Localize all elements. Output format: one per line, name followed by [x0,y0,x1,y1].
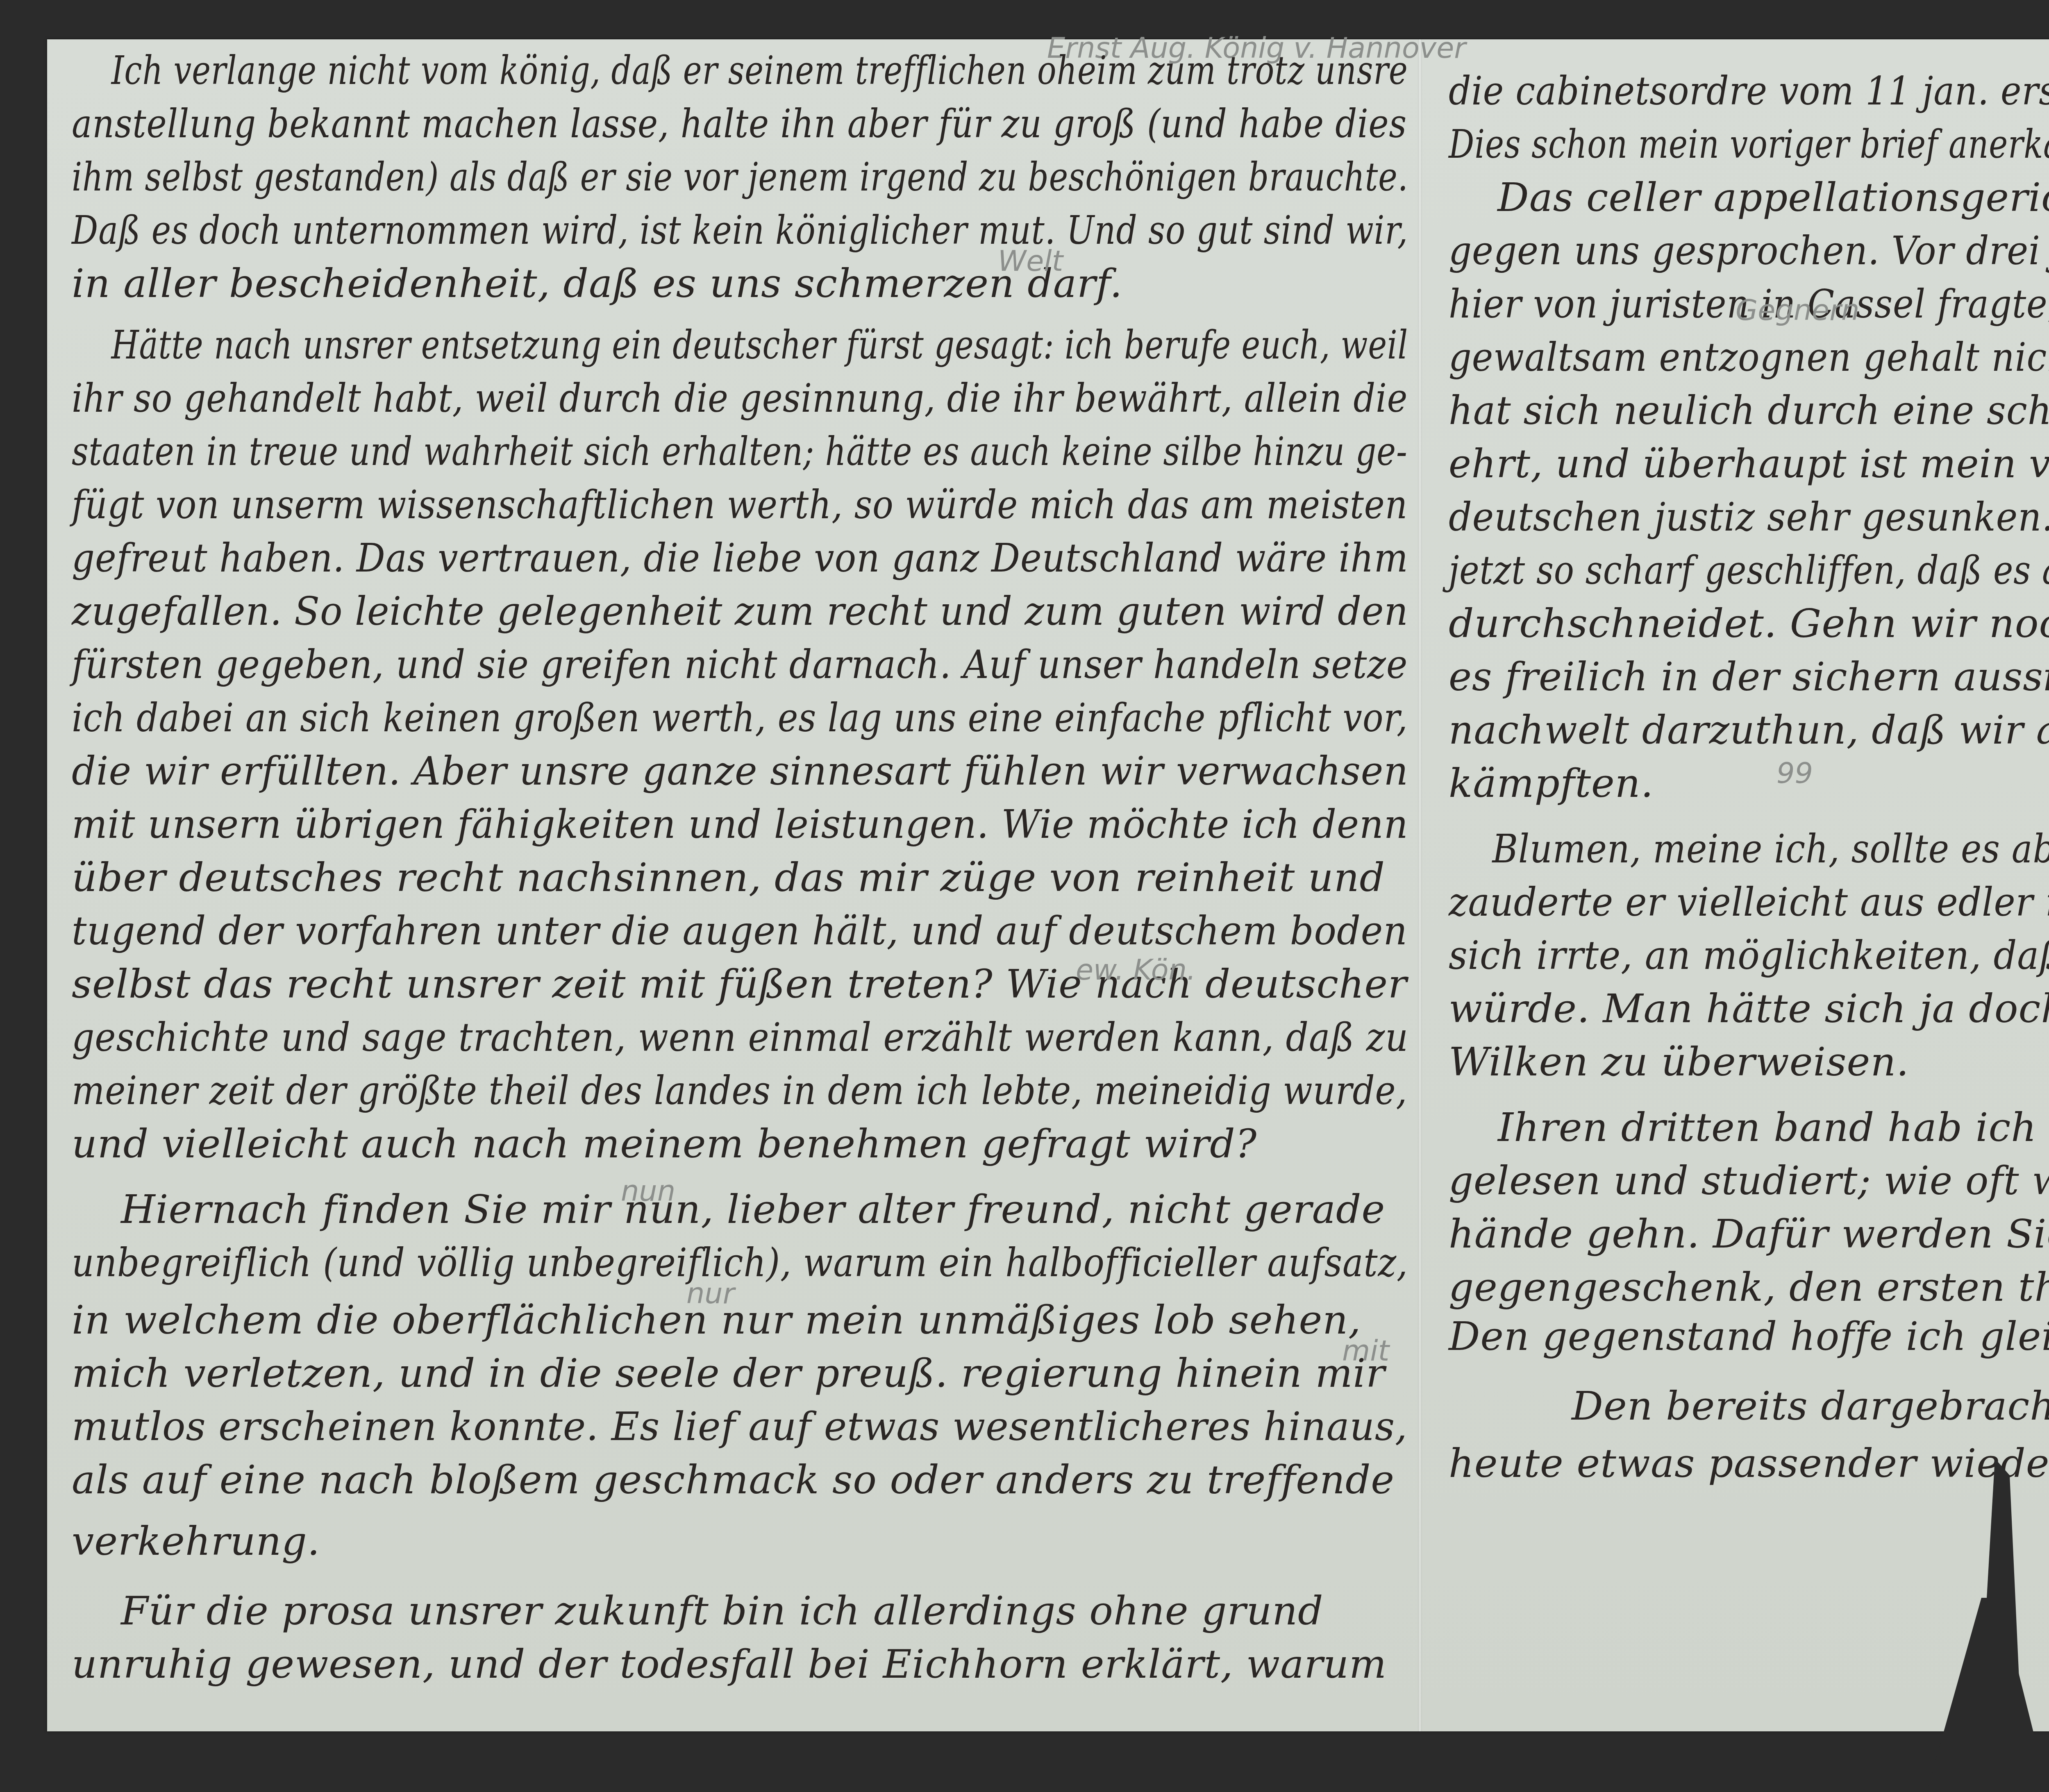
text-line: Hätte nach unsrer entsetzung ein deutsch… [72,322,1408,368]
text-line: als auf eine nach bloßem geschmack so od… [72,1457,1395,1503]
text-line: Den bereits dargebrachten glückwunsch ka… [1449,1383,2049,1429]
right-page: die cabinetsordre vom 11 jan. erst den 1… [1449,39,2049,1731]
text-line: Dies schon mein voriger brief anerkannt,… [1449,121,2049,167]
text-line: verkehrung. [72,1518,320,1564]
text-line: in welchem die oberflächlichen nur mein … [72,1297,1361,1343]
text-line: tugend der vorfahren unter die augen häl… [72,908,1408,954]
letter-sheet: Ernst Aug. König v. Hannover Ich verlang… [47,39,2049,1731]
text-line: Das celler appellationsgericht hat in un… [1449,175,2049,220]
text-line: gefreut haben. Das vertrauen, die liebe … [72,535,1408,581]
text-line: Blumen, meine ich, sollte es aber ernst … [1449,826,2049,872]
text-line: zauderte er vielleicht aus edler rücksic… [1449,879,2049,925]
text-line: kämpften. [1449,760,1654,806]
text-line: die wir erfüllten. Aber unsre ganze sinn… [72,748,1408,794]
text-line: ihm selbst gestanden) als daß er sie vor… [72,154,1408,200]
pencil-note: ew. Kön. [1076,953,1196,987]
text-line: ich dabei an sich keinen großen werth, e… [72,695,1408,741]
text-line: unruhig gewesen, und der todesfall bei E… [72,1641,1387,1687]
text-line: Hiernach finden Sie mir nun, lieber alte… [72,1186,1385,1232]
text-line: hat sich neulich durch eine schmachvolle… [1449,388,2049,433]
text-line: Ihren dritten band hab ich neulich schon… [1449,1105,2049,1150]
pencil-note: Welt [998,244,1063,278]
text-line: jetzt so scharf geschliffen, daß es auch… [1449,547,2049,593]
pencil-note: mit [1342,1334,1389,1368]
text-line: zugefallen. So leichte gelegenheit zum r… [72,588,1408,634]
text-line: Den gegenstand hoffe ich gleichwol zu ei… [1449,1313,2049,1359]
text-line: fügt von unserm wissenschaftlichen werth… [72,482,1408,528]
text-line: meiner zeit der größte theil des landes … [72,1068,1407,1114]
text-line: es freilich in der sichern aussicht auf … [1449,654,2049,700]
pencil-note: 99 [1776,756,1813,790]
text-line: Ich verlange nicht vom könig, daß er sei… [72,48,1408,93]
text-line: mutlos erscheinen konnte. Es lief auf et… [72,1404,1408,1449]
text-line: heute etwas passender wiederholen. die e… [1449,1440,2049,1486]
text-line: durchschneidet. Gehn wir noch vor den bu… [1449,601,2049,646]
text-line: deutschen justiz sehr gesunken. Das prin… [1449,494,2049,540]
left-page: Ernst Aug. König v. Hannover Ich verlang… [72,39,1408,1731]
text-line: gelesen und studiert; wie oft werden mir… [1449,1158,2049,1204]
text-line: Für die prosa unsrer zukunft bin ich all… [72,1588,1323,1634]
text-line: selbst das recht unsrer zeit mit füßen t… [72,961,1407,1007]
text-line: Wilken zu überweisen. [1449,1039,1909,1085]
text-line: geschichte und sage trachten, wenn einma… [72,1014,1408,1060]
text-line: gegengeschenk, den ersten theil meiner w… [1449,1264,2049,1310]
text-line: und vielleicht auch nach meinem benehmen… [72,1121,1257,1167]
text-line: die cabinetsordre vom 11 jan. erst den 1… [1449,68,2049,114]
text-line: ehrt, und überhaupt ist mein vertrauen a… [1449,441,2049,487]
text-line: mit unsern übrigen fähigkeiten und leist… [72,801,1408,847]
text-line: Daß es doch unternommen wird, ist kein k… [72,207,1408,253]
text-line: unbegreiflich (und völlig unbegreiflich)… [72,1240,1408,1286]
text-line: in aller bescheidenheit, daß es uns schm… [72,261,1122,306]
text-line: ihr so gehandelt habt, weil durch die ge… [72,375,1408,421]
text-line: anstellung bekannt machen lasse, halte i… [72,101,1407,147]
text-line: mich verletzen, und in die seele der pre… [72,1350,1385,1396]
text-line: hände gehn. Dafür werden Sie ein freilic… [1449,1211,2049,1257]
center-fold [1418,39,1422,1731]
text-line: sich irrte, an möglichkeiten, daß an uns… [1449,932,2049,978]
text-line: fürsten gegeben, und sie greifen nicht d… [72,642,1408,687]
text-line: über deutsches recht nachsinnen, das mir… [72,855,1385,901]
text-line: nachwelt darzuthun, daß wir alle gegebne… [1449,707,2049,753]
text-line: gewaltsam entzognen gehalt nicht misling… [1449,334,2049,380]
text-line: gegen uns gesprochen. Vor drei jahren wa… [1449,228,2049,274]
pencil-note: Gegnern [1736,293,1859,327]
text-line: staaten in treue und wahrheit sich erhal… [72,429,1408,474]
text-line: würde. Man hätte sich ja doch heute nich… [1449,986,2049,1032]
